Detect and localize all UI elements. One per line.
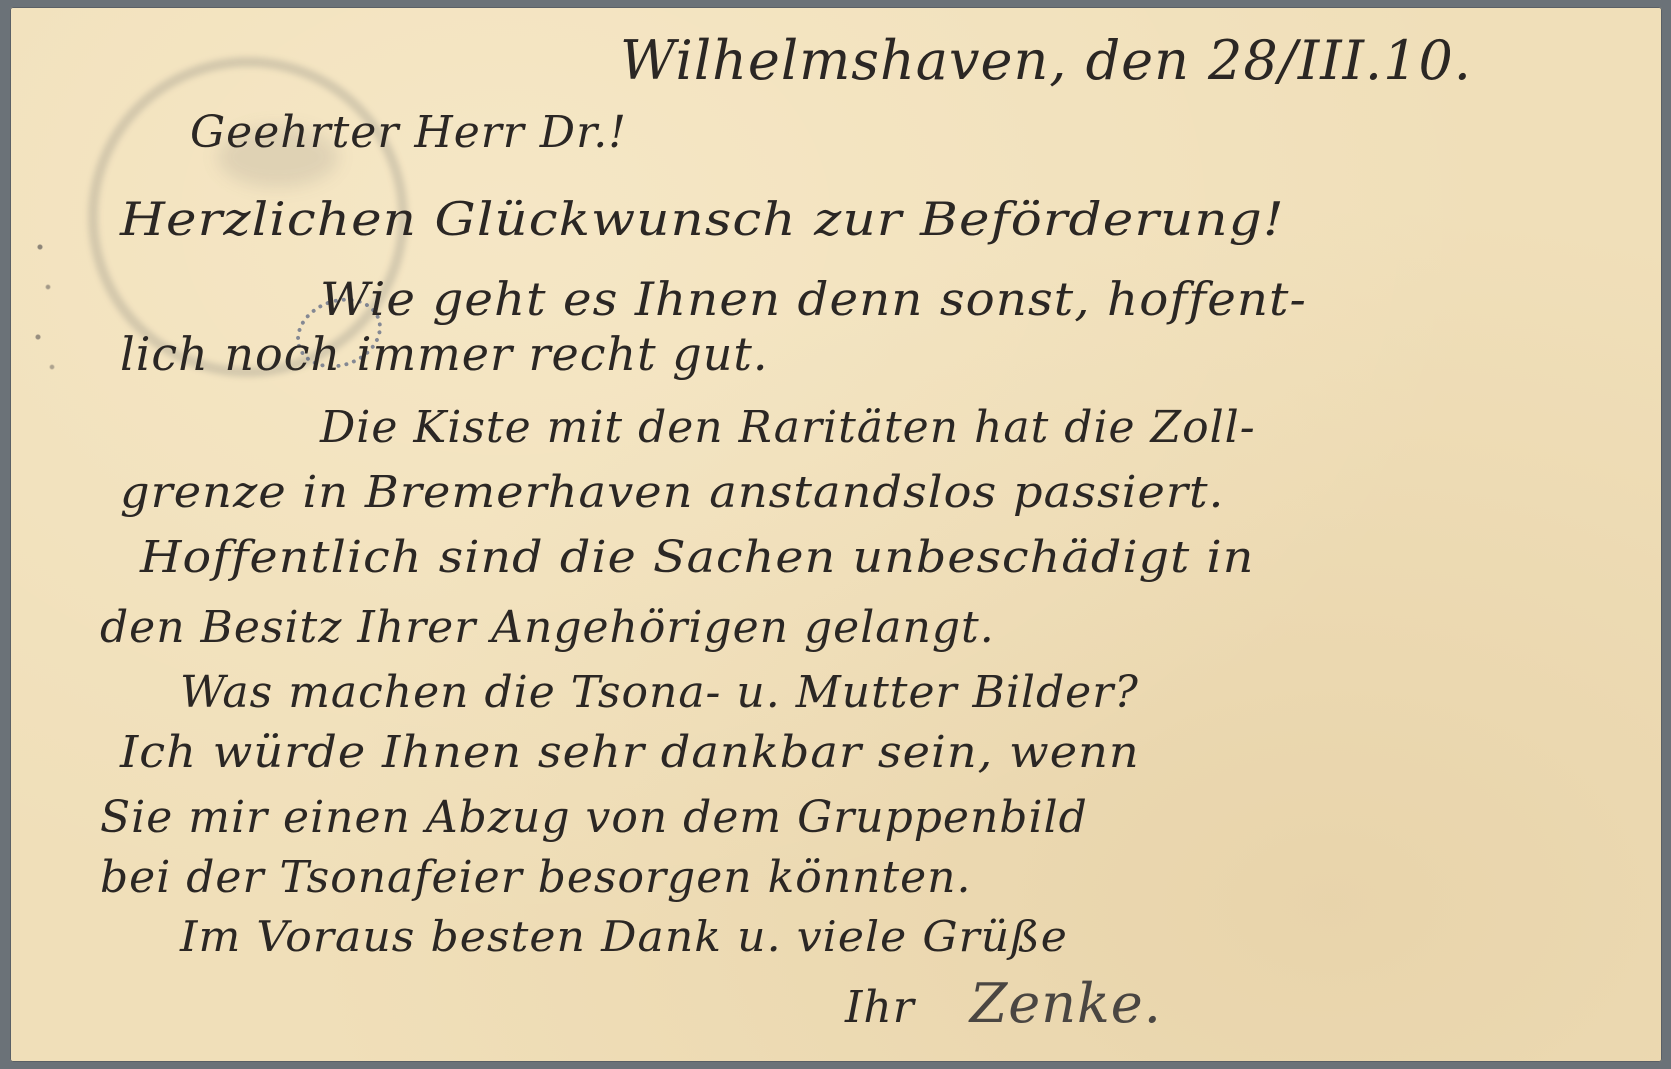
letter-line: lich noch immer recht gut. — [120, 327, 768, 381]
letter-line: den Besitz Ihrer Angehörigen gelangt. — [100, 602, 995, 653]
letter-line: Sie mir einen Abzug von dem Gruppenbild — [100, 792, 1088, 843]
place-date-line: Wilhelmshaven, den 28/III.10. — [620, 29, 1472, 92]
letter-line: bei der Tsonafeier besorgen könnten. — [100, 852, 971, 903]
letter-line: Ich würde Ihnen sehr dankbar sein, wenn — [120, 727, 1140, 778]
salutation: Geehrter Herr Dr.! — [190, 107, 627, 158]
letter-line: Was machen die Tsona- u. Mutter Bilder? — [180, 667, 1139, 718]
letter-line: Im Voraus besten Dank u. viele Grüße — [180, 912, 1068, 961]
letter-line: Hoffentlich sind die Sachen unbeschädigt… — [140, 532, 1254, 583]
closing-word: Ihr — [845, 982, 915, 1033]
letter-line: Die Kiste mit den Raritäten hat die Zoll… — [320, 402, 1256, 453]
letter-line: Wie geht es Ihnen denn sonst, hoffent- — [320, 272, 1307, 326]
ink-specks — [30, 227, 60, 387]
letter-line: grenze in Bremerhaven anstandslos passie… — [120, 467, 1224, 518]
letter-line: Herzlichen Glückwunsch zur Beförderung! — [120, 192, 1285, 246]
postcard: Wilhelmshaven, den 28/III.10. Geehrter H… — [10, 7, 1662, 1062]
postcard-scan: Wilhelmshaven, den 28/III.10. Geehrter H… — [0, 0, 1671, 1069]
signature: Zenke. — [970, 972, 1162, 1035]
closing: Ihr Zenke. — [845, 972, 1162, 1035]
